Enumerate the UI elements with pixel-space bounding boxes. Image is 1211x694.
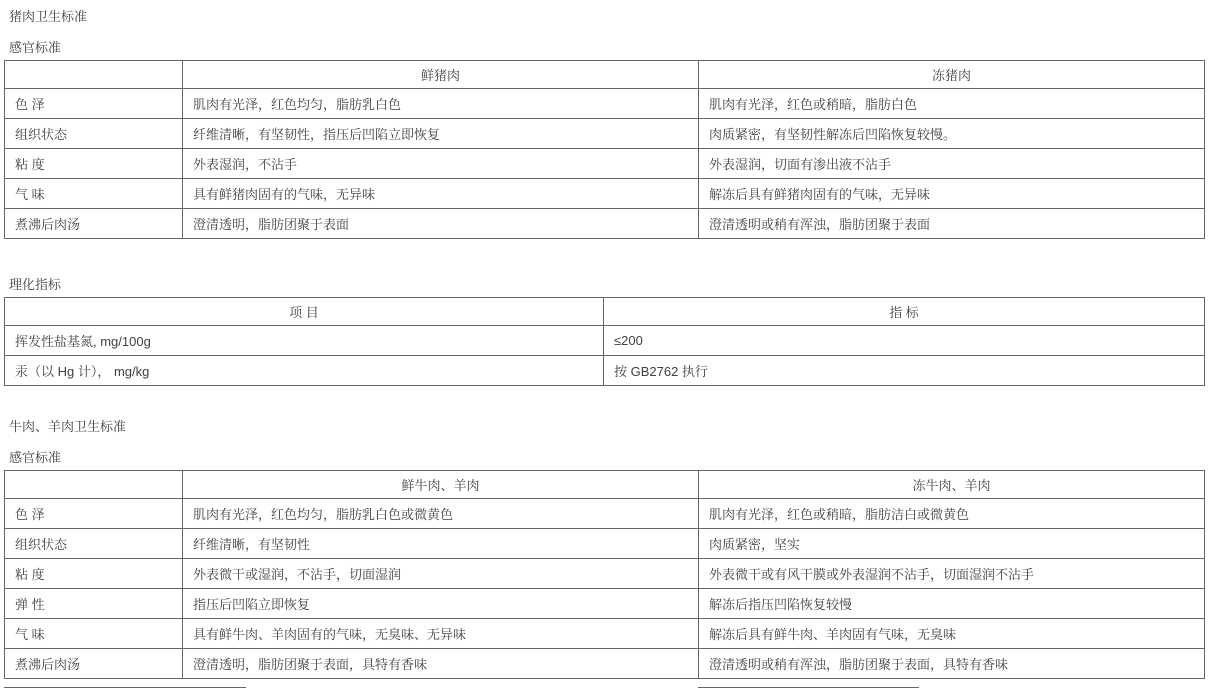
table-row: 粘 度 外表湿润，不沾手 外表湿润，切面有渗出液不沾手: [5, 149, 1205, 179]
row-label-cell: 组织状态: [5, 529, 183, 559]
cutoff-next-table-fragment: [4, 687, 1211, 694]
table-border-fragment: [4, 687, 246, 688]
table-cell: 外表湿润，切面有渗出液不沾手: [699, 149, 1205, 179]
row-label-cell: 色 泽: [5, 89, 183, 119]
table-cell: 肌肉有光泽，红色或稍暗，脂肪洁白或微黄色: [699, 499, 1205, 529]
table-header-cell: 指 标: [604, 298, 1205, 326]
table-cell: 解冻后指压凹陷恢复较慢: [699, 589, 1205, 619]
table-row: 气 味 具有鲜牛肉、羊肉固有的气味，无臭味、无异味 解冻后具有鲜牛肉、羊肉固有气…: [5, 619, 1205, 649]
table-row: 色 泽 肌肉有光泽，红色均匀，脂肪乳白色或微黄色 肌肉有光泽，红色或稍暗，脂肪洁…: [5, 499, 1205, 529]
table-cell: 具有鲜牛肉、羊肉固有的气味，无臭味、无异味: [183, 619, 699, 649]
table-header-cell: 项 目: [5, 298, 604, 326]
table-row: 色 泽 肌肉有光泽，红色均匀，脂肪乳白色 肌肉有光泽，红色或稍暗，脂肪白色: [5, 89, 1205, 119]
table-cell: 澄清透明或稍有浑浊，脂肪团聚于表面: [699, 209, 1205, 239]
table-cell: 肌肉有光泽，红色或稍暗，脂肪白色: [699, 89, 1205, 119]
row-label-cell: 气 味: [5, 619, 183, 649]
pork-sensory-heading: 感官标准: [9, 40, 1211, 56]
table-row: 气 味 具有鲜猪肉固有的气味，无异味 解冻后具有鲜猪肉固有的气味，无异味: [5, 179, 1205, 209]
row-label-cell: 气 味: [5, 179, 183, 209]
table-cell: 澄清透明，脂肪团聚于表面，具特有香味: [183, 649, 699, 679]
table-border-fragment: [698, 687, 919, 688]
table-cell: 指压后凹陷立即恢复: [183, 589, 699, 619]
row-label-cell: 煮沸后肉汤: [5, 209, 183, 239]
pork-physchem-table: 项 目 指 标 挥发性盐基氮, mg/100g ≤200 汞（以 Hg 计）， …: [4, 297, 1205, 386]
table-row: 煮沸后肉汤 澄清透明，脂肪团聚于表面，具特有香味 澄清透明或稍有浑浊，脂肪团聚于…: [5, 649, 1205, 679]
table-cell: 肉质紧密，坚实: [699, 529, 1205, 559]
table-cell: 解冻后具有鲜牛肉、羊肉固有气味，无臭味: [699, 619, 1205, 649]
beef-sensory-table: 鲜牛肉、羊肉 冻牛肉、羊肉 色 泽 肌肉有光泽，红色均匀，脂肪乳白色或微黄色 肌…: [4, 470, 1205, 679]
table-header-row: 鲜猪肉 冻猪肉: [5, 61, 1205, 89]
pork-sensory-table: 鲜猪肉 冻猪肉 色 泽 肌肉有光泽，红色均匀，脂肪乳白色 肌肉有光泽，红色或稍暗…: [4, 60, 1205, 239]
row-label-cell: 组织状态: [5, 119, 183, 149]
table-header-cell: 冻牛肉、羊肉: [699, 471, 1205, 499]
row-label-cell: 弹 性: [5, 589, 183, 619]
beef-sensory-heading: 感官标准: [9, 450, 1211, 466]
table-cell: 澄清透明或稍有浑浊，脂肪团聚于表面，具特有香味: [699, 649, 1205, 679]
table-row: 组织状态 纤维清晰，有坚韧性 肉质紧密，坚实: [5, 529, 1205, 559]
table-header-cell: 鲜猪肉: [183, 61, 699, 89]
table-header-cell: 鲜牛肉、羊肉: [183, 471, 699, 499]
pork-standard-title: 猪肉卫生标准: [9, 9, 1211, 25]
table-cell: 具有鲜猪肉固有的气味，无异味: [183, 179, 699, 209]
table-cell: 外表湿润，不沾手: [183, 149, 699, 179]
row-label-cell: 汞（以 Hg 计）， mg/kg: [5, 356, 604, 386]
table-header-row: 鲜牛肉、羊肉 冻牛肉、羊肉: [5, 471, 1205, 499]
table-row: 粘 度 外表微干或湿润，不沾手，切面湿润 外表微干或有风干膜或外表湿润不沾手，切…: [5, 559, 1205, 589]
table-row: 弹 性 指压后凹陷立即恢复 解冻后指压凹陷恢复较慢: [5, 589, 1205, 619]
table-cell: 纤维清晰，有坚韧性，指压后凹陷立即恢复: [183, 119, 699, 149]
table-cell: 外表微干或湿润，不沾手，切面湿润: [183, 559, 699, 589]
table-cell: 肌肉有光泽，红色均匀，脂肪乳白色或微黄色: [183, 499, 699, 529]
table-cell: ≤200: [604, 326, 1205, 356]
row-label-cell: 挥发性盐基氮, mg/100g: [5, 326, 604, 356]
table-cell: 纤维清晰，有坚韧性: [183, 529, 699, 559]
document-page: 猪肉卫生标准 感官标准 鲜猪肉 冻猪肉 色 泽 肌肉有光泽，红色均匀，脂肪乳白色…: [0, 0, 1211, 694]
table-cell: 按 GB2762 执行: [604, 356, 1205, 386]
table-cell: 外表微干或有风干膜或外表湿润不沾手，切面湿润不沾手: [699, 559, 1205, 589]
row-label-cell: 色 泽: [5, 499, 183, 529]
table-header-row: 项 目 指 标: [5, 298, 1205, 326]
table-cell: 解冻后具有鲜猪肉固有的气味，无异味: [699, 179, 1205, 209]
table-header-cell: [5, 471, 183, 499]
row-label-cell: 粘 度: [5, 149, 183, 179]
table-row: 组织状态 纤维清晰，有坚韧性，指压后凹陷立即恢复 肉质紧密，有坚韧性解冻后凹陷恢…: [5, 119, 1205, 149]
table-header-cell: 冻猪肉: [699, 61, 1205, 89]
table-row: 挥发性盐基氮, mg/100g ≤200: [5, 326, 1205, 356]
table-row: 煮沸后肉汤 澄清透明，脂肪团聚于表面 澄清透明或稍有浑浊，脂肪团聚于表面: [5, 209, 1205, 239]
table-row: 汞（以 Hg 计）， mg/kg 按 GB2762 执行: [5, 356, 1205, 386]
row-label-cell: 粘 度: [5, 559, 183, 589]
table-cell: 肌肉有光泽，红色均匀，脂肪乳白色: [183, 89, 699, 119]
table-header-cell: [5, 61, 183, 89]
row-label-cell: 煮沸后肉汤: [5, 649, 183, 679]
table-cell: 肉质紧密，有坚韧性解冻后凹陷恢复较慢。: [699, 119, 1205, 149]
pork-physchem-heading: 理化指标: [9, 277, 1211, 293]
beef-mutton-standard-title: 牛肉、羊肉卫生标准: [9, 419, 1211, 435]
table-cell: 澄清透明，脂肪团聚于表面: [183, 209, 699, 239]
